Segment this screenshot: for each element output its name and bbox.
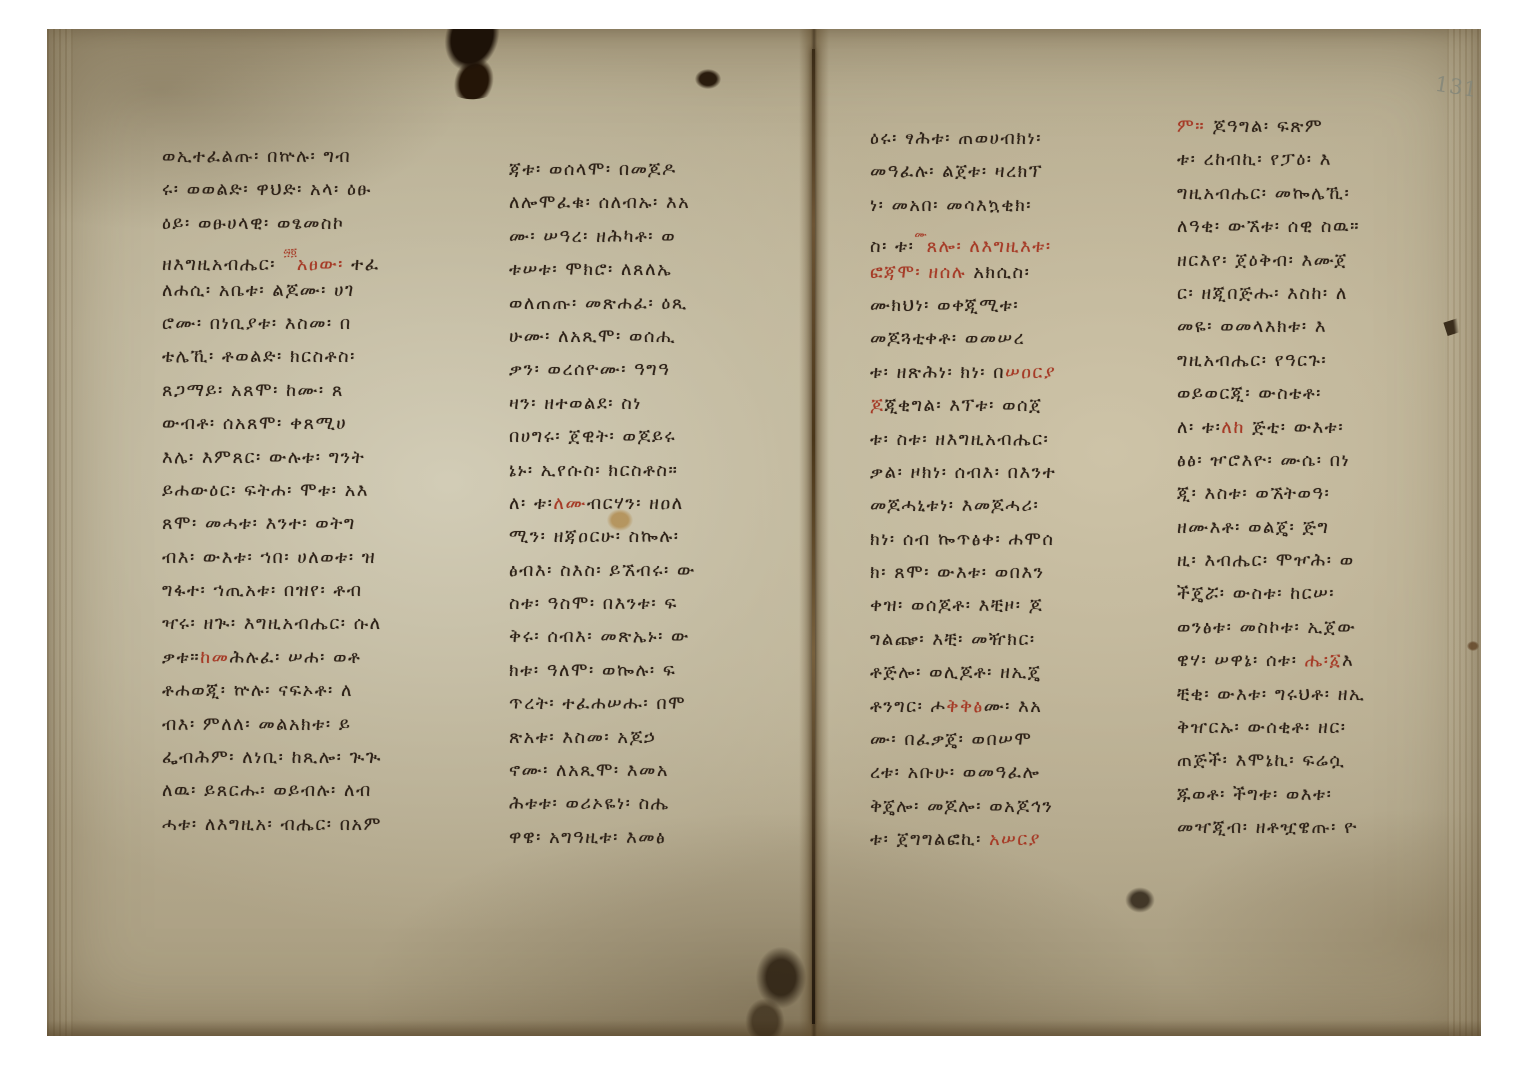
body-text: ዕሩ፡ ፃሕቱ፡ ጠወሀብክነ፡ bbox=[870, 128, 1042, 149]
manuscript-line: ቺቂ፡ ውእቱ፡ ግሩህቶ፡ ዘኢ bbox=[1177, 684, 1481, 717]
manuscript-line: ወንፅቱ፡ መስኮቱ፡ ኢጀው bbox=[1177, 617, 1481, 650]
manuscript-line: ሚን፡ ዘጃዐርሁ፡ ስኰሉ፡ bbox=[509, 526, 839, 559]
manuscript-line: ቱ፡ ጀግግልፎኪ፡ አሠርያ bbox=[870, 829, 1188, 862]
ink-spot-gutter-top bbox=[695, 69, 721, 89]
manuscript-line: ም። ጆዓግል፡ ፍጽም bbox=[1177, 116, 1481, 149]
manuscript-line: ክቱ፡ ዓለሞ፡ ወኰሉ፡ ፍ bbox=[509, 660, 839, 693]
body-text: ግዚአብሔር፡ መኰሌኺ፡ bbox=[1177, 183, 1350, 204]
manuscript-line: ጽአቱ፡ እስመ፡ አጆኃ bbox=[509, 727, 839, 760]
manuscript-line: ለዓቂ፡ ውኧቱ፡ ሰዊ ስዉ። bbox=[1177, 216, 1481, 249]
manuscript-line: ችጄሯ፡ ውስቱ፡ ከርሠ፡ bbox=[1177, 583, 1481, 616]
body-text: ክ፡ ጸሞ፡ ውእቱ፡ ወበእን bbox=[870, 562, 1045, 583]
manuscript-line: ነ፡ መአበ፡ መሳእኳቂክ፡ bbox=[870, 195, 1188, 228]
body-text: ወኢተፈልጡ፡ በኵሉ፡ ግብ bbox=[162, 146, 351, 167]
manuscript-line: ጂ፡ እስቱ፡ ወኧትወዓ፡ bbox=[1177, 483, 1481, 516]
body-text: ረቱ፡ አቡሁ፡ ወመዓፈሎ bbox=[870, 762, 1040, 783]
rubricated-text: አሠርያ bbox=[989, 829, 1041, 850]
body-text: ቱ፡ ዘጽሕነ፡ ክነ፡ በ bbox=[870, 362, 1005, 383]
manuscript-line: ለሎሞፈቁ፡ ሰለብኡ፡ እአ bbox=[509, 192, 839, 225]
manuscript-line: ውብቶ፡ ሰአጸሞ፡ ቀጸሚሀ bbox=[162, 413, 502, 446]
manuscript-line: ኔኑ፡ ኢየሱስ፡ ክርስቶስ። bbox=[509, 460, 839, 493]
body-text: ጽአቱ፡ እስመ፡ አጆኃ bbox=[509, 727, 656, 748]
manuscript-line: በሀግሩ፡ ጀዊት፡ ወጆይሩ bbox=[509, 426, 839, 459]
body-text: ሙ፡ ሠዓረ፡ ዘሕካቶ፡ ወ bbox=[509, 226, 676, 247]
body-text: ክነ፡ ሰብ ኰጥፅቀ፡ ሐሞሰ bbox=[870, 529, 1054, 550]
body-text: ዌሃ፡ ሠዋኔ፡ ሰቱ፡ bbox=[1177, 650, 1305, 671]
body-text: ለ፡ ቱ፡ bbox=[509, 493, 553, 514]
manuscript-line: መጆጓቲቀቶ፡ ወመሠረ bbox=[870, 328, 1188, 361]
body-text: ስቱ፡ ዓስሞ፡ በእንቱ፡ ፍ bbox=[509, 593, 678, 614]
manuscript-line: ጁወቶ፡ ችግቱ፡ ወእቱ፡ bbox=[1177, 784, 1481, 817]
body-text: ግዚአብሔር፡ የዓርጉ፡ bbox=[1177, 350, 1327, 371]
body-text: ዘሙእቶ፡ ወልጄ፡ ጅግ bbox=[1177, 517, 1329, 538]
manuscript-line: ቱሠቱ፡ ሞክሮ፡ ለጸለኤ bbox=[509, 259, 839, 292]
manuscript-line: ሩ፡ ወወልድ፡ ዋህድ፡ አላ፡ ዕፁ bbox=[162, 179, 502, 212]
body-text: ሕቱቱ፡ ወሪኦዬነ፡ ስሔ bbox=[509, 793, 670, 814]
body-text: ቅሩ፡ ሰብእ፡ መጽኤኑ፡ ው bbox=[509, 626, 690, 647]
body-text: ቶሐወጂ፡ ኵሉ፡ ናፍኦቶ፡ ለ bbox=[162, 680, 353, 701]
manuscript-line: ጸጋማይ፡ አጸሞ፡ ከሙ፡ ጸ bbox=[162, 380, 502, 413]
body-text: ጥረት፡ ተፈሐሠሑ፡ በሞ bbox=[509, 693, 686, 714]
body-text: መጆሓኒቱነ፡ እመጆሓሪ፡ bbox=[870, 495, 1039, 516]
body-text: ቅጄሎ፡ መጆሎ፡ ወአጆኅን bbox=[870, 796, 1053, 817]
body-text: ብእ፡ ምለለ፡ መልአክቱ፡ ይ bbox=[162, 714, 351, 735]
rubricated-text: ለሙ bbox=[553, 493, 586, 514]
body-text: ዘእግዚአብሔር፡ bbox=[162, 254, 283, 275]
body-text: ቶጅሎ፡ ወሊጆቶ፡ ዘኢጄ bbox=[870, 662, 1041, 683]
body-text: መዓፈሉ፡ ልጀቱ፡ ዛረክፕ bbox=[870, 161, 1043, 182]
page-edge-left bbox=[47, 29, 73, 1036]
manuscript-line: ቱ፡ ስቱ፡ ዘእግዚአብሔር፡ bbox=[870, 429, 1188, 462]
manuscript-line: ቶንግር፡ ሖቅቅፅሙ፡ እአ bbox=[870, 696, 1188, 729]
body-text: ቱ፡ ጀግግልፎኪ፡ bbox=[870, 829, 989, 850]
ink-blot-top-edge bbox=[414, 29, 529, 111]
manuscript-line: ዕሩ፡ ፃሕቱ፡ ጠወሀብክነ፡ bbox=[870, 128, 1188, 161]
rubricated-text: ለከ bbox=[1221, 417, 1244, 438]
body-text: ፌብሕም፡ ለነቢ፡ ከጺሎ፡ ጒጒ bbox=[162, 747, 382, 768]
body-text: ቃል፡ ዞክነ፡ ሰብእ፡ በእንተ bbox=[870, 462, 1056, 483]
body-text: ሁሙ፡ ለአጺሞ፡ ወሰሒ bbox=[509, 326, 676, 347]
body-text: መጆጓቲቀቶ፡ ወመሠረ bbox=[870, 328, 1025, 349]
rubricated-text: ሙ bbox=[914, 228, 926, 242]
manuscript-line: ስ፡ ቱ፡ሙጸሎ፡ ለእግዚእቱ፡ bbox=[870, 228, 1188, 261]
body-text: ቃቱ። bbox=[162, 647, 200, 668]
body-text: ጂቂግል፡ እፕቱ፡ ወሰጀ bbox=[884, 395, 1042, 416]
manuscript-line: ፅብእ፡ ስእስ፡ ይኧብሩ፡ ው bbox=[509, 560, 839, 593]
body-text: ሚን፡ ዘጃዐርሁ፡ ስኰሉ፡ bbox=[509, 526, 680, 547]
body-text: ቺቂ፡ ውእቱ፡ ግሩህቶ፡ ዘኢ bbox=[1177, 684, 1365, 705]
body-text: ሩ፡ ወወልድ፡ ዋህድ፡ አላ፡ ዕፁ bbox=[162, 179, 372, 200]
text-column-left-page-2: ጃቱ፡ ወሰላሞ፡ በመጆዶለሎሞፈቁ፡ ሰለብኡ፡ እአሙ፡ ሠዓረ፡ ዘሕካ… bbox=[509, 159, 839, 869]
body-text: ዣሩ፡ ዘጒ፡ እግዚአብሔር፡ ሱለ bbox=[162, 613, 382, 634]
manuscript-line: ክነ፡ ሰብ ኰጥፅቀ፡ ሐሞሰ bbox=[870, 529, 1188, 562]
manuscript-line: ግልጬ፡ እቺ፡ መዥክር፡ bbox=[870, 629, 1188, 662]
body-text: ዋዌ፡ አግዓዚቱ፡ እመፅ bbox=[509, 827, 666, 848]
rubricated-text: ጆ bbox=[870, 395, 884, 416]
manuscript-line: ሁሙ፡ ለአጺሞ፡ ወሰሒ bbox=[509, 326, 839, 359]
manuscript-line: ኖሙ፡ ለአጺሞ፡ እመአ bbox=[509, 760, 839, 793]
body-text: ሮሙ፡ በነቢያቱ፡ እስመ፡ በ bbox=[162, 313, 352, 334]
text-column-right-page-2: ም። ጆዓግል፡ ፍጽምቱ፡ ረከብኪ፡ የፓዕ፡ እግዚአብሔር፡ መኰሌኺ፡… bbox=[1177, 116, 1481, 861]
rubricated-text: ቅቅፅ bbox=[946, 696, 983, 717]
body-text: ቶንግር፡ ሖ bbox=[870, 696, 946, 717]
body-text: ወይወርጂ፡ ውስቴቶ፡ bbox=[1177, 383, 1322, 404]
manuscript-line: ቃቱ።ከመሕሉፈ፡ ሠሐ፡ ወቶ bbox=[162, 647, 502, 680]
manuscript-line: ለዉ፡ ይጸርሑ፡ ወይብሉ፡ ለብ bbox=[162, 780, 502, 813]
text-column-left-page-1: ወኢተፈልጡ፡ በኵሉ፡ ግብሩ፡ ወወልድ፡ ዋህድ፡ አላ፡ ዕፁዕይ፡ ወ… bbox=[162, 146, 502, 861]
body-text: ለሎሞፈቁ፡ ሰለብኡ፡ እአ bbox=[509, 192, 690, 213]
manuscript-line: ፎጃሞ፡ ዘሰሉ አክሲስ፡ bbox=[870, 262, 1188, 295]
body-text: ኔኑ፡ ኢየሱስ፡ ክርስቶስ። bbox=[509, 460, 678, 481]
manuscript-line: ወይወርጂ፡ ውስቴቶ፡ bbox=[1177, 383, 1481, 416]
body-text: ቀዝ፡ ወሰጆቶ፡ እቺዞ፡ ጆ bbox=[870, 595, 1043, 616]
body-text: ቃን፡ ወረሰዮሙ፡ ዓግዓ bbox=[509, 359, 670, 380]
manuscript-line: ዣሩ፡ ዘጒ፡ እግዚአብሔር፡ ሱለ bbox=[162, 613, 502, 646]
manuscript-line: ቱ፡ ረከብኪ፡ የፓዕ፡ እ bbox=[1177, 149, 1481, 182]
body-text: እ bbox=[1342, 650, 1354, 671]
body-text: ጃቱ፡ ወሰላሞ፡ በመጆዶ bbox=[509, 159, 677, 180]
manuscript-line: ግፋተ፡ ኀጢአቱ፡ በዝየ፡ ቶብ bbox=[162, 580, 502, 613]
manuscript-line: ብእ፡ ውእቱ፡ ኀበ፡ ሀለወቱ፡ ዝ bbox=[162, 547, 502, 580]
body-text: ወንፅቱ፡ መስኮቱ፡ ኢጀው bbox=[1177, 617, 1356, 638]
rubricated-text: ም። bbox=[1177, 116, 1205, 137]
body-text: ፅፅ፡ ዦሮእዮ፡ ሙሴ፡ በነ bbox=[1177, 450, 1350, 471]
manuscript-line: ዘርእየ፡ ጀዕቅብ፡ እሙጀ bbox=[1177, 250, 1481, 283]
body-text: አክሲስ፡ bbox=[973, 262, 1030, 283]
body-text: ብእ፡ ውእቱ፡ ኀበ፡ ሀለወቱ፡ ዝ bbox=[162, 547, 376, 568]
body-text: ዘርእየ፡ ጀዕቅብ፡ እሙጀ bbox=[1177, 250, 1348, 271]
manuscript-line: ቶሐወጂ፡ ኵሉ፡ ናፍኦቶ፡ ለ bbox=[162, 680, 502, 713]
body-text: ነ፡ መአበ፡ መሳእኳቂክ፡ bbox=[870, 195, 1032, 216]
manuscript-line: መዬ፡ ወመላእክቱ፡ እ bbox=[1177, 316, 1481, 349]
manuscript-line: ቱ፡ ዘጽሕነ፡ ክነ፡ በሠዐርያ bbox=[870, 362, 1188, 395]
body-text: ቱሠቱ፡ ሞክሮ፡ ለጸለኤ bbox=[509, 259, 672, 280]
rubricated-text: ሠዐርያ bbox=[1005, 362, 1056, 383]
body-text: ቱ፡ ስቱ፡ ዘእግዚአብሔር፡ bbox=[870, 429, 1049, 450]
manuscript-line: ዋዌ፡ አግዓዚቱ፡ እመፅ bbox=[509, 827, 839, 860]
manuscript-line: ዚ፡ እብሔር፡ ሞዦሕ፡ ወ bbox=[1177, 550, 1481, 583]
body-text: ሓቱ፡ ለእግዚአ፡ ብሔር፡ በአም bbox=[162, 814, 382, 835]
body-text: ጂ፡ እስቱ፡ ወኧትወዓ፡ bbox=[1177, 483, 1330, 504]
body-text: ጸሞ፡ መሓቱ፡ እንተ፡ ወትግ bbox=[162, 513, 356, 534]
manuscript-line: ለ፡ ቱ፡ለከ ጅቲ፡ ውእቱ፡ bbox=[1177, 417, 1481, 450]
body-text: በሀግሩ፡ ጀዊት፡ ወጆይሩ bbox=[509, 426, 676, 447]
body-text: ወለጠጡ፡ መጽሐፈ፡ ዕጺ bbox=[509, 293, 688, 314]
body-text: ቴሌኺ፡ ቶወልድ፡ ክርስቶስ፡ bbox=[162, 346, 356, 367]
manuscript-line: ጆጂቂግል፡ እፕቱ፡ ወሰጀ bbox=[870, 395, 1188, 428]
manuscript-line: ጸሞ፡ መሓቱ፡ እንተ፡ ወትግ bbox=[162, 513, 502, 546]
body-text: ቅዠርኡ፡ ውሰቂቶ፡ ዘር፡ bbox=[1177, 717, 1347, 738]
body-text: ቱ፡ ረከብኪ፡ የፓዕ፡ እ bbox=[1177, 149, 1332, 170]
rubricated-text: ፵፬ bbox=[283, 246, 297, 260]
stain-right-page-bottom bbox=[1125, 887, 1155, 913]
body-text: ጅቲ፡ ውእቱ፡ bbox=[1245, 417, 1344, 438]
rubricated-text: አፀው፡ bbox=[297, 254, 344, 275]
body-text: መዣጂብ፡ ዘቶዧዌጡ፡ ዮ bbox=[1177, 817, 1358, 838]
rubricated-text: ጸሎ፡ ለእግዚእቱ፡ bbox=[927, 236, 1052, 257]
body-text: ሙ፡ በፈቃጄ፡ ወበሠሞ bbox=[870, 729, 1032, 750]
body-text: ጁወቶ፡ ችግቱ፡ ወእቱ፡ bbox=[1177, 784, 1332, 805]
manuscript-line: ስቱ፡ ዓስሞ፡ በእንቱ፡ ፍ bbox=[509, 593, 839, 626]
manuscript-line: መዣጂብ፡ ዘቶዧዌጡ፡ ዮ bbox=[1177, 817, 1481, 850]
manuscript-line: ሙ፡ ሠዓረ፡ ዘሕካቶ፡ ወ bbox=[509, 226, 839, 259]
manuscript-line: ቅሩ፡ ሰብእ፡ መጽኤኑ፡ ው bbox=[509, 626, 839, 659]
manuscript-line: ለሐሲ፡ አቤቱ፡ ልጆሙ፡ ሀገ bbox=[162, 280, 502, 313]
manuscript-line: ፅፅ፡ ዦሮእዮ፡ ሙሴ፡ በነ bbox=[1177, 450, 1481, 483]
manuscript-line: ግዚአብሔር፡ የዓርጉ፡ bbox=[1177, 350, 1481, 383]
body-text: ስ፡ ቱ፡ bbox=[870, 236, 914, 257]
body-text: ፅብእ፡ ስእስ፡ ይኧብሩ፡ ው bbox=[509, 560, 696, 581]
manuscript-line: ረቱ፡ አቡሁ፡ ወመዓፈሎ bbox=[870, 762, 1188, 795]
body-text: ክቱ፡ ዓለሞ፡ ወኰሉ፡ ፍ bbox=[509, 660, 676, 681]
body-text: ለዓቂ፡ ውኧቱ፡ ሰዊ ስዉ። bbox=[1177, 216, 1360, 237]
text-column-right-page-1: ዕሩ፡ ፃሕቱ፡ ጠወሀብክነ፡መዓፈሉ፡ ልጀቱ፡ ዛረክፕነ፡ መአበ፡ መ… bbox=[870, 128, 1188, 868]
manuscript-line: ሙክህነ፡ ወቀጂሚቱ፡ bbox=[870, 295, 1188, 328]
manuscript-line: ቅዠርኡ፡ ውሰቂቶ፡ ዘር፡ bbox=[1177, 717, 1481, 750]
manuscript-line: ለ፡ ቱ፡ለሙብርሃን፡ ዘዐለ bbox=[509, 493, 839, 526]
rubricated-text: ፎጃሞ፡ ዘሰሉ bbox=[870, 262, 973, 283]
manuscript-line: ቴሌኺ፡ ቶወልድ፡ ክርስቶስ፡ bbox=[162, 346, 502, 379]
body-text: ግልጬ፡ እቺ፡ መዥክር፡ bbox=[870, 629, 1036, 650]
body-text: ዚ፡ እብሔር፡ ሞዦሕ፡ ወ bbox=[1177, 550, 1355, 571]
manuscript-line: መጆሓኒቱነ፡ እመጆሓሪ፡ bbox=[870, 495, 1188, 528]
manuscript-line: ጃቱ፡ ወሰላሞ፡ በመጆዶ bbox=[509, 159, 839, 192]
body-text: ሙክህነ፡ ወቀጂሚቱ፡ bbox=[870, 295, 1019, 316]
manuscript-line: ወለጠጡ፡ መጽሐፈ፡ ዕጺ bbox=[509, 293, 839, 326]
manuscript-line: ሕቱቱ፡ ወሪኦዬነ፡ ስሔ bbox=[509, 793, 839, 826]
manuscript-line: ቃል፡ ዞክነ፡ ሰብእ፡ በእንተ bbox=[870, 462, 1188, 495]
manuscript-line: ብእ፡ ምለለ፡ መልአክቱ፡ ይ bbox=[162, 714, 502, 747]
body-text: ብርሃን፡ ዘዐለ bbox=[587, 493, 684, 514]
body-text: ይሐውዕር፡ ፍትሐ፡ ሞቱ፡ አእ bbox=[162, 480, 369, 501]
manuscript-line: ቶጅሎ፡ ወሊጆቶ፡ ዘኢጄ bbox=[870, 662, 1188, 695]
body-text: ር፡ ዘጂበጅሑ፡ እስከ፡ ለ bbox=[1177, 283, 1348, 304]
manuscript-line: እሌ፡ እምጸር፡ ውሉቱ፡ ግንት bbox=[162, 447, 502, 480]
manuscript-line: ፌብሕም፡ ለነቢ፡ ከጺሎ፡ ጒጒ bbox=[162, 747, 502, 780]
manuscript-line: ዛን፡ ዘተወልደ፡ ስነ bbox=[509, 393, 839, 426]
manuscript-line: መዓፈሉ፡ ልጀቱ፡ ዛረክፕ bbox=[870, 161, 1188, 194]
manuscript-line: ሓቱ፡ ለእግዚአ፡ ብሔር፡ በአም bbox=[162, 814, 502, 847]
manuscript-line: ክ፡ ጸሞ፡ ውእቱ፡ ወበእን bbox=[870, 562, 1188, 595]
body-text: ዛን፡ ዘተወልደ፡ ስነ bbox=[509, 393, 642, 414]
manuscript-line: ጠጅች፡ እሞኔኪ፡ ፍሬሷ bbox=[1177, 750, 1481, 783]
manuscript-line: ቃን፡ ወረሰዮሙ፡ ዓግዓ bbox=[509, 359, 839, 392]
manuscript-line: ቅጄሎ፡ መጆሎ፡ ወአጆኅን bbox=[870, 796, 1188, 829]
manuscript-line: ዘእግዚአብሔር፡ ፵፬አፀው፡ ተፈ bbox=[162, 246, 502, 279]
manuscript-line: ዕይ፡ ወፁሀላዊ፡ ወፄመስኮ bbox=[162, 213, 502, 246]
body-text: ጸጋማይ፡ አጸሞ፡ ከሙ፡ ጸ bbox=[162, 380, 344, 401]
body-text: ለ፡ ቱ፡ bbox=[1177, 417, 1221, 438]
body-text: ተፈ bbox=[344, 254, 380, 275]
body-text: ችጄሯ፡ ውስቱ፡ ከርሠ፡ bbox=[1177, 583, 1335, 604]
body-text: ለዉ፡ ይጸርሑ፡ ወይብሉ፡ ለብ bbox=[162, 780, 372, 801]
body-text: ለሐሲ፡ አቤቱ፡ ልጆሙ፡ ሀገ bbox=[162, 280, 355, 301]
manuscript-line: ቀዝ፡ ወሰጆቶ፡ እቺዞ፡ ጆ bbox=[870, 595, 1188, 628]
manuscript-photo: 131 ወኢተፈልጡ፡ በኵሉ፡ ግብሩ፡ ወወልድ፡ ዋህድ፡ አላ፡ ዕፁዕ… bbox=[47, 29, 1481, 1036]
body-text: ውብቶ፡ ሰአጸሞ፡ ቀጸሚሀ bbox=[162, 413, 347, 434]
manuscript-line: ወኢተፈልጡ፡ በኵሉ፡ ግብ bbox=[162, 146, 502, 179]
manuscript-line: ዌሃ፡ ሠዋኔ፡ ሰቱ፡ ሔ፡፩እ bbox=[1177, 650, 1481, 683]
manuscript-line: ግዚአብሔር፡ መኰሌኺ፡ bbox=[1177, 183, 1481, 216]
body-text: መዬ፡ ወመላእክቱ፡ እ bbox=[1177, 316, 1327, 337]
manuscript-line: ዘሙእቶ፡ ወልጄ፡ ጅግ bbox=[1177, 517, 1481, 550]
body-text: ሕሉፈ፡ ሠሐ፡ ወቶ bbox=[229, 647, 361, 668]
body-text: ጆዓግል፡ ፍጽም bbox=[1205, 116, 1323, 137]
manuscript-line: ይሐውዕር፡ ፍትሐ፡ ሞቱ፡ አእ bbox=[162, 480, 502, 513]
body-text: ሙ፡ እአ bbox=[984, 696, 1043, 717]
body-text: ዕይ፡ ወፁሀላዊ፡ ወፄመስኮ bbox=[162, 213, 344, 234]
rubricated-text: ሔ፡፩ bbox=[1305, 650, 1342, 671]
rubricated-text: ከመ bbox=[200, 647, 229, 668]
manuscript-line: ሮሙ፡ በነቢያቱ፡ እስመ፡ በ bbox=[162, 313, 502, 346]
manuscript-line: ጥረት፡ ተፈሐሠሑ፡ በሞ bbox=[509, 693, 839, 726]
body-text: ጠጅች፡ እሞኔኪ፡ ፍሬሷ bbox=[1177, 750, 1345, 771]
body-text: ኖሙ፡ ለአጺሞ፡ እመአ bbox=[509, 760, 669, 781]
body-text: እሌ፡ እምጸር፡ ውሉቱ፡ ግንት bbox=[162, 447, 365, 468]
manuscript-line: ር፡ ዘጂበጅሑ፡ እስከ፡ ለ bbox=[1177, 283, 1481, 316]
body-text: ግፋተ፡ ኀጢአቱ፡ በዝየ፡ ቶብ bbox=[162, 580, 363, 601]
manuscript-line: ሙ፡ በፈቃጄ፡ ወበሠሞ bbox=[870, 729, 1188, 762]
